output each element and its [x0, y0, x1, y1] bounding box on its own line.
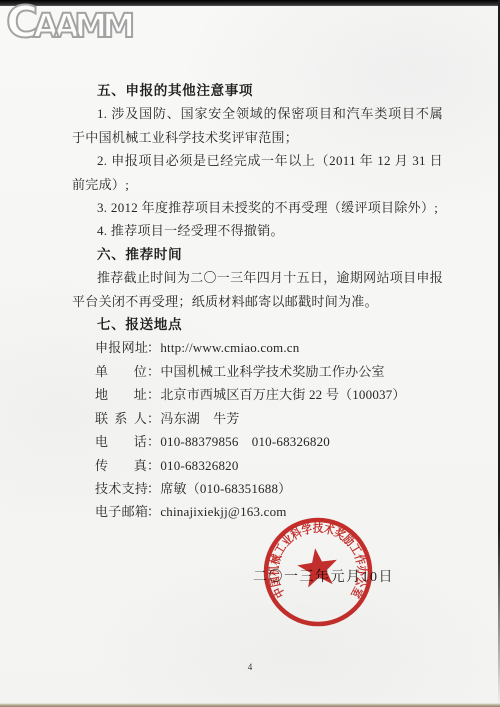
- contact-separator: ：: [147, 477, 160, 500]
- contact-separator: ：: [147, 430, 160, 453]
- paragraph: 3. 2012 年度推荐项目未授奖的不再受理（缓评项目除外）;: [72, 196, 443, 219]
- paragraph: 推荐截止时间为二〇一三年四月十五日，逾期网站项目申报平台关闭不再受理；纸质材料邮…: [72, 266, 443, 313]
- contact-value: http://www.cmiao.com.cn: [160, 340, 299, 355]
- contact-separator: ：: [147, 454, 160, 477]
- contact-separator: ：: [147, 500, 160, 523]
- contact-label: 单位: [95, 360, 147, 383]
- contact-value: 010-88379856 010-68326820: [160, 434, 330, 449]
- caamm-logo-watermark: CAAMM: [6, 3, 130, 46]
- contact-value: 冯东湖 牛芳: [160, 411, 239, 426]
- paragraph: 2. 申报项目必须是已经完成一年以上（2011 年 12 月 31 日前完成）;: [72, 149, 443, 196]
- contact-value: 中国机械工业科学技术奖励工作办公室: [160, 364, 384, 379]
- contact-separator: ：: [147, 360, 160, 383]
- contact-value: 010-68326820: [160, 458, 238, 473]
- contact-row: 电话：010-88379856 010-68326820: [95, 430, 443, 453]
- contact-list: 申报网址：http://www.cmiao.com.cn单位：中国机械工业科学技…: [95, 336, 443, 523]
- official-red-seal: 中国机械工业科学技术奖励工作办公室: [261, 515, 375, 629]
- page-number: 4: [0, 662, 500, 672]
- section-heading: 七、报送地点: [72, 313, 443, 336]
- seal-star-icon: [295, 545, 340, 588]
- scan-edge-bottom: [0, 703, 500, 707]
- contact-label: 联系人: [95, 407, 147, 430]
- contact-value: 北京市西城区百万庄大街 22 号（100037）: [160, 387, 405, 402]
- contact-separator: ：: [147, 407, 160, 430]
- contact-value: 席敏（010-68351688）: [160, 481, 291, 496]
- contact-label: 电子邮箱: [95, 500, 147, 523]
- contact-label: 技术支持: [95, 477, 147, 500]
- contact-label: 申报网址: [95, 336, 147, 359]
- contact-row: 地址：北京市西城区百万庄大街 22 号（100037）: [95, 383, 443, 406]
- contact-label: 地址: [95, 383, 147, 406]
- section-heading: 六、推荐时间: [72, 243, 443, 266]
- contact-row: 传真：010-68326820: [95, 454, 443, 477]
- scanned-document-page: CAAMM 五、申报的其他注意事项1. 涉及国防、国家安全领域的保密项目和汽车类…: [0, 0, 500, 707]
- contact-label: 传真: [95, 454, 147, 477]
- paragraph: 1. 涉及国防、国家安全领域的保密项目和汽车类项目不属于中国机械工业科学技术奖评…: [72, 102, 443, 149]
- contact-separator: ：: [147, 336, 160, 359]
- contact-row: 技术支持：席敏（010-68351688）: [95, 477, 443, 500]
- document-body: 五、申报的其他注意事项1. 涉及国防、国家安全领域的保密项目和汽车类项目不属于中…: [72, 79, 443, 524]
- contact-row: 申报网址：http://www.cmiao.com.cn: [95, 336, 443, 359]
- contact-row: 单位：中国机械工业科学技术奖励工作办公室: [95, 360, 443, 383]
- contact-row: 联系人：冯东湖 牛芳: [95, 407, 443, 430]
- contact-label: 电话: [95, 430, 147, 453]
- paragraph: 4. 推荐项目一经受理不得撤销。: [72, 219, 443, 242]
- section-heading: 五、申报的其他注意事项: [72, 79, 443, 102]
- contact-separator: ：: [147, 383, 160, 406]
